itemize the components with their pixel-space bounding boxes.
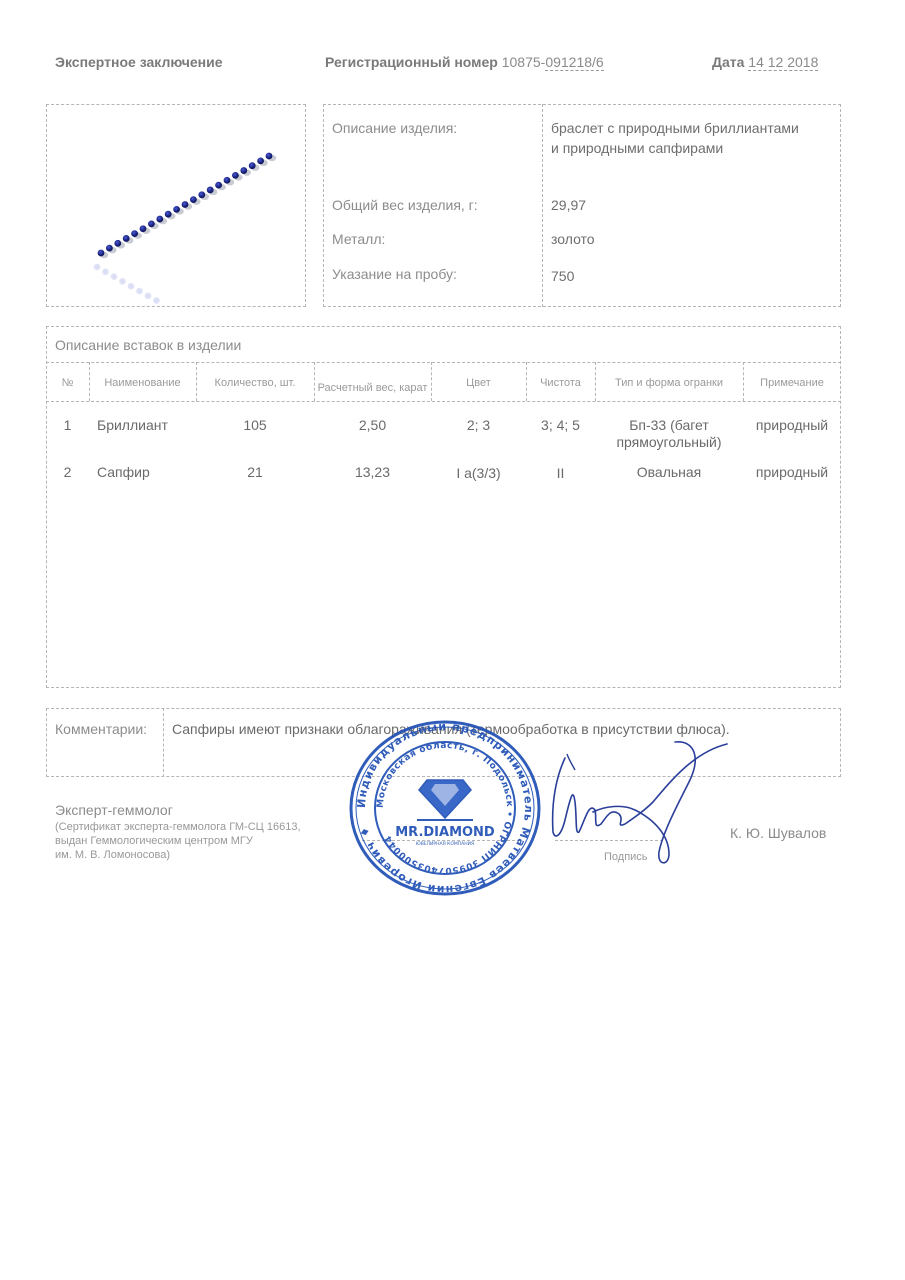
cell-weight: 13,23: [314, 464, 431, 481]
description-label: Описание изделия:: [332, 120, 457, 136]
registration-suffix: 091218/6: [545, 54, 603, 71]
metal-label: Металл:: [332, 231, 385, 247]
divider: [163, 708, 164, 777]
date-label: Дата: [712, 54, 744, 70]
inserts-title: Описание вставок в изделии: [55, 337, 241, 353]
column-header-cut: Тип и форма огранки: [595, 366, 743, 400]
cell-quantity: 21: [196, 464, 314, 481]
column-header-weight: Расчетный вес, карат: [314, 366, 431, 400]
cell-cut: Бп-33 (багет прямоугольный): [595, 417, 743, 451]
item-photo: [46, 104, 306, 307]
cell-name: Бриллиант: [97, 417, 168, 434]
expert-title: Эксперт-геммолог: [55, 802, 173, 818]
registration-prefix: 10875-: [502, 54, 546, 70]
weight-label: Общий вес изделия, г:: [332, 197, 478, 213]
column-header-quantity: Количество, шт.: [196, 366, 314, 400]
cell-clarity: II: [526, 465, 595, 482]
cell-quantity: 105: [196, 417, 314, 434]
hallmark-value: 750: [551, 266, 574, 286]
expert-name: К. Ю. Шувалов: [730, 825, 826, 841]
document-title: Экспертное заключение: [55, 54, 223, 70]
comments-label: Комментарии:: [55, 721, 147, 737]
handwritten-signature-icon: [545, 740, 735, 870]
cell-weight: 2,50: [314, 417, 431, 434]
weight-value: 29,97: [551, 195, 586, 215]
cell-no: 1: [46, 417, 89, 434]
cell-color: 2; 3: [431, 417, 526, 434]
cell-note: природный: [743, 417, 841, 434]
svg-text:ЮВЕЛИРНАЯ КОМПАНИЯ: ЮВЕЛИРНАЯ КОМПАНИЯ: [416, 841, 474, 847]
document-date: Дата 14 12 2018: [712, 54, 818, 70]
divider: [542, 104, 543, 307]
registration-number: Регистрационный номер 10875-091218/6: [325, 54, 604, 70]
cell-no: 2: [46, 464, 89, 481]
registration-label: Регистрационный номер: [325, 54, 498, 70]
cell-name: Сапфир: [97, 464, 150, 481]
column-header-no: №: [46, 366, 89, 400]
hallmark-label: Указание на пробу:: [332, 266, 457, 282]
svg-text:MR.DIAMOND: MR.DIAMOND: [395, 825, 495, 840]
cell-clarity: 3; 4; 5: [526, 417, 595, 434]
metal-value: золото: [551, 229, 595, 249]
cell-note: природный: [743, 464, 841, 481]
column-header-note: Примечание: [743, 366, 841, 400]
expert-certificate: (Сертификат эксперта-геммолога ГМ-СЦ 166…: [55, 820, 301, 862]
column-header-color: Цвет: [431, 366, 526, 400]
description-value: браслет с природными бриллиантами и прир…: [551, 118, 799, 158]
cell-cut: Овальная: [595, 464, 743, 481]
column-header-clarity: Чистота: [526, 366, 595, 400]
bracelet-image: [47, 105, 305, 306]
company-stamp-icon: Индивидуальный предприниматель Матвеев Е…: [345, 718, 545, 898]
column-header-name: Наименование: [89, 366, 196, 400]
cell-color: I a(3/3): [431, 465, 526, 482]
divider: [46, 401, 841, 402]
divider: [46, 362, 841, 363]
date-value: 14 12 2018: [748, 54, 818, 71]
